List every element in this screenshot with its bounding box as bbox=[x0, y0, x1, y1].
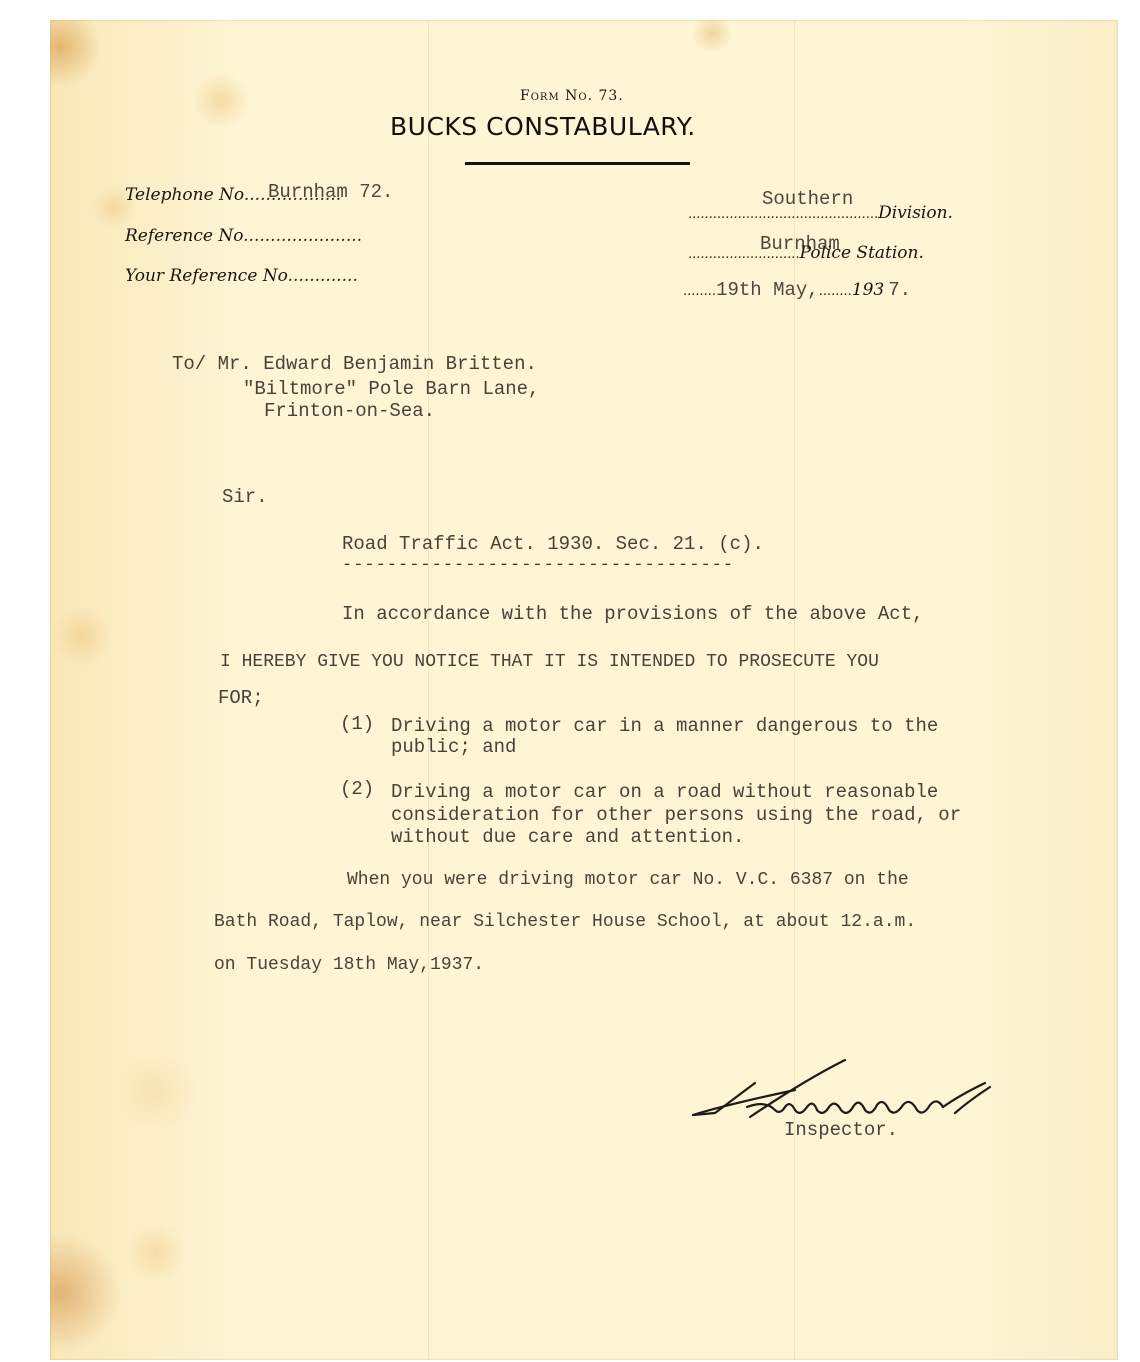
charge-1-line1: Driving a motor car in a manner dangerou… bbox=[391, 715, 938, 737]
title-underline bbox=[465, 162, 690, 165]
station-dots: ........................... bbox=[688, 247, 800, 262]
salutation: Sir. bbox=[222, 486, 268, 508]
date-dots-left: ........ bbox=[683, 284, 716, 299]
charge-2-number: (2) bbox=[340, 778, 374, 800]
division-field: ........................................… bbox=[688, 203, 953, 223]
body-para1-line1: In accordance with the provisions of the… bbox=[342, 603, 924, 625]
body-para2-line3: on Tuesday 18th May,1937. bbox=[214, 955, 484, 975]
body-para1-line2: I HEREBY GIVE YOU NOTICE THAT IT IS INTE… bbox=[220, 652, 879, 672]
fold-crease bbox=[428, 20, 429, 1360]
reference-dots: ...................... bbox=[243, 226, 362, 246]
organization-title: BUCKS CONSTABULARY. bbox=[390, 112, 696, 141]
station-field: ...........................Police Statio… bbox=[688, 243, 924, 263]
subject-heading: Road Traffic Act. 1930. Sec. 21. (c). bbox=[342, 533, 764, 555]
charge-1-line2: public; and bbox=[391, 736, 516, 758]
your-reference-dots: ............. bbox=[288, 266, 358, 286]
charge-2-line2: consideration for other persons using th… bbox=[391, 804, 961, 826]
body-para2-line2: Bath Road, Taplow, near Silchester House… bbox=[214, 912, 916, 932]
reference-label: Reference No bbox=[125, 226, 243, 246]
division-label: Division. bbox=[878, 203, 953, 223]
signatory-title: Inspector. bbox=[784, 1119, 898, 1141]
form-number: Form No. 73. bbox=[520, 88, 624, 104]
date-field: ........19th May,........193 7. bbox=[683, 279, 911, 301]
addressee-line-1: To/ Mr. Edward Benjamin Britten. bbox=[172, 353, 537, 375]
year-suffix: 7. bbox=[888, 279, 911, 301]
your-reference-field: Your Reference No............. bbox=[125, 266, 358, 286]
your-reference-label: Your Reference No bbox=[125, 266, 288, 286]
addressee-prefix: To/ bbox=[172, 353, 206, 375]
date-value: 19th May, bbox=[716, 279, 819, 301]
telephone-label: Telephone No bbox=[125, 185, 244, 205]
body-para2-line1: When you were driving motor car No. V.C.… bbox=[347, 870, 909, 890]
addressee-line-3: Frinton-on-Sea. bbox=[264, 400, 435, 422]
addressee-name: Mr. Edward Benjamin Britten. bbox=[218, 353, 537, 375]
telephone-value: Burnham 72. bbox=[268, 181, 393, 203]
addressee-line-2: "Biltmore" Pole Barn Lane, bbox=[243, 378, 539, 400]
year-prefix: 193 bbox=[852, 280, 884, 300]
date-dots-right: ........ bbox=[819, 284, 852, 299]
charge-1-number: (1) bbox=[340, 713, 374, 735]
charge-2-line3: without due care and attention. bbox=[391, 826, 744, 848]
station-label: Police Station. bbox=[800, 243, 924, 263]
division-dots: ........................................… bbox=[688, 207, 878, 222]
subject-underline: ----------------------------------- bbox=[342, 556, 734, 575]
letter-paper bbox=[50, 20, 1118, 1360]
body-para1-line3: FOR; bbox=[218, 687, 264, 709]
reference-field: Reference No...................... bbox=[125, 226, 362, 246]
charge-2-line1: Driving a motor car on a road without re… bbox=[391, 781, 938, 803]
